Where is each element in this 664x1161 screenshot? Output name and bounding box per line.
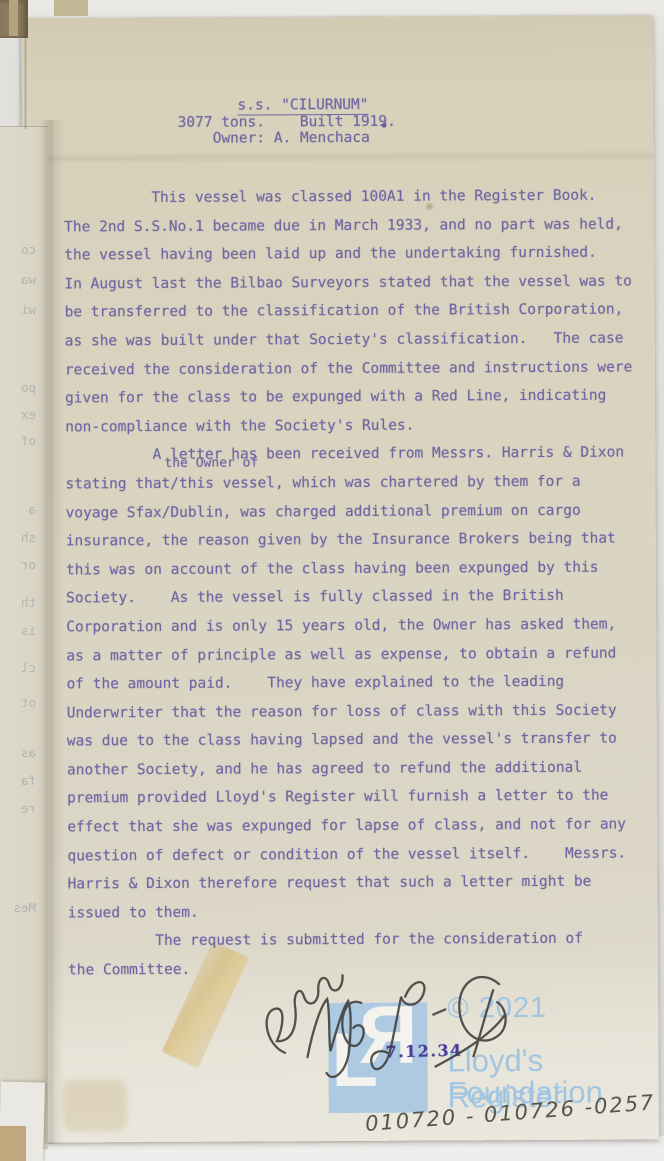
body-line: premium provided Lloyd's Register will f… <box>67 782 649 814</box>
body-line: effect that she was expunged for lapse o… <box>67 810 649 842</box>
ink-blot <box>382 123 387 128</box>
body-line: as she was built under that Society's cl… <box>65 324 647 356</box>
body-line: non-compliance with the Society's Rules. <box>65 410 647 442</box>
body-line: Corporation and is only 15 years old, th… <box>66 610 648 642</box>
body-line: The request is submitted for the conside… <box>68 925 650 957</box>
ghost-text-fragment: wa <box>4 272 36 287</box>
corner-paper-stripe <box>9 0 18 36</box>
ghost-text-fragment: th <box>4 595 36 610</box>
paper-stain <box>63 1079 127 1131</box>
body-line: this was on account of the class having … <box>66 553 648 585</box>
ghost-text-fragment: re <box>4 801 36 816</box>
body-line: be transferred to the classification of … <box>65 296 647 328</box>
vessel-title-text: s.s. "CILURNUM" <box>237 97 368 116</box>
ghost-text-fragment: wi <box>4 302 36 317</box>
ghost-text-fragment: sh <box>4 530 36 545</box>
scanned-document-photo: s.s. "CILURNUM" 3077 tons. Built 1919. O… <box>0 0 664 1161</box>
body-line: as a matter of principle as well as expe… <box>66 639 648 671</box>
body-line: A letter has been received from Messrs. … <box>65 439 647 471</box>
vessel-title: s.s. "CILURNUM" <box>237 97 368 114</box>
body-line: insurance, the reason given by the Insur… <box>66 525 648 557</box>
body-line: received the consideration of the Commit… <box>65 353 647 385</box>
ghost-text-fragment: fa <box>4 773 36 788</box>
corner-paper-tab <box>54 0 88 16</box>
ghost-text-fragment: as <box>4 745 36 760</box>
ghost-text-fragment: or <box>4 557 36 572</box>
body-line: given for the class to be expunged with … <box>65 382 647 414</box>
body-line: issued to them. <box>68 896 650 928</box>
paper-mottling <box>21 15 653 92</box>
body-line: This vessel was classed 100A1 in the Reg… <box>64 181 646 213</box>
body-line: Harris & Dixon therefore request that su… <box>68 868 650 900</box>
paper-crease <box>22 149 654 164</box>
body-line: Society. As the vessel is fully classed … <box>66 582 648 614</box>
body-line: The 2nd S.S.No.1 became due in March 193… <box>64 210 646 242</box>
body-line: of the amount paid. They have explained … <box>66 667 648 699</box>
body-line: stating that/this vessel, which was char… <box>65 467 647 499</box>
document-page: s.s. "CILURNUM" 3077 tons. Built 1919. O… <box>21 15 659 1142</box>
body-line: the vessel having been laid up and the u… <box>64 239 646 271</box>
signature-1 <box>257 970 362 1056</box>
owner-line: Owner: A. Menchaca <box>213 130 370 147</box>
sheet-fold-shadow <box>40 120 64 1144</box>
ghost-text-fragment: of <box>4 433 36 448</box>
signature-3 <box>371 982 425 1069</box>
ghost-text-fragment: is <box>4 623 36 638</box>
body-text: This vessel was classed 100A1 in the Reg… <box>64 181 650 985</box>
body-line: was due to the class having lapsed and t… <box>67 725 649 757</box>
body-line: question of defect or condition of the v… <box>67 839 649 871</box>
interline-insertion: the Owner of <box>164 455 258 470</box>
tonnage-line: 3077 tons. Built 1919. <box>178 114 396 131</box>
ghost-text-fragment: co <box>4 242 36 257</box>
bottom-left-tan-piece <box>0 1126 26 1161</box>
ghost-text-fragment: ot <box>4 695 36 710</box>
signature-2 <box>307 999 364 1077</box>
ghost-text-fragment: ex <box>4 407 36 422</box>
signatures <box>237 952 558 1094</box>
body-line: In August last the Bilbao Surveyors stat… <box>64 267 646 299</box>
body-line: Underwriter that the reason for loss of … <box>67 696 649 728</box>
ghost-text-fragment: po <box>4 380 36 395</box>
body-line: voyage Sfax/Dublin, was charged addition… <box>66 496 648 528</box>
signature-4 <box>435 977 506 1067</box>
ghost-text-fragment: Mes <box>4 900 36 915</box>
ghost-text-fragment: cl <box>4 660 36 675</box>
body-line: another Society, and he has agreed to re… <box>67 753 649 785</box>
signature-dash <box>433 1009 445 1014</box>
ghost-text-fragment: a <box>4 502 36 517</box>
